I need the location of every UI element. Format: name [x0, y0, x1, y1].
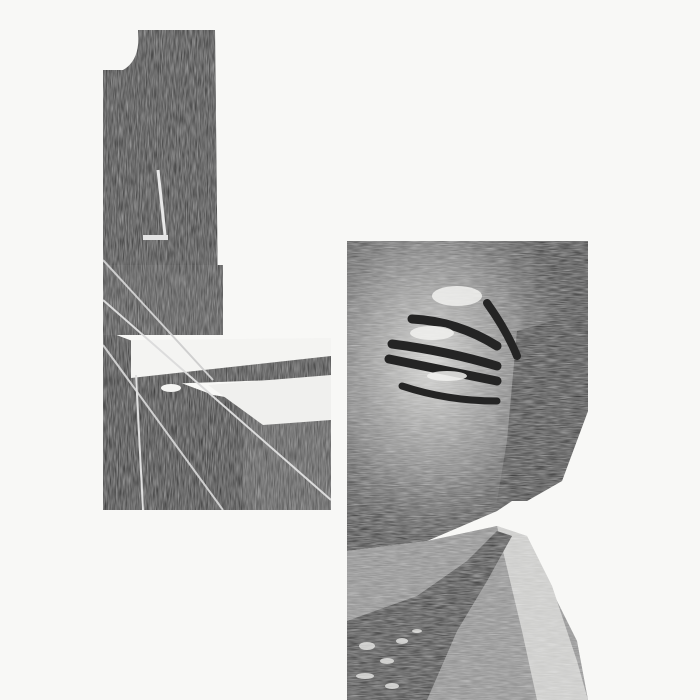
left-photo-panel [103, 0, 331, 510]
portrait-image [347, 241, 588, 700]
interior-scene-image [103, 0, 331, 510]
right-photo-panel [347, 241, 588, 700]
